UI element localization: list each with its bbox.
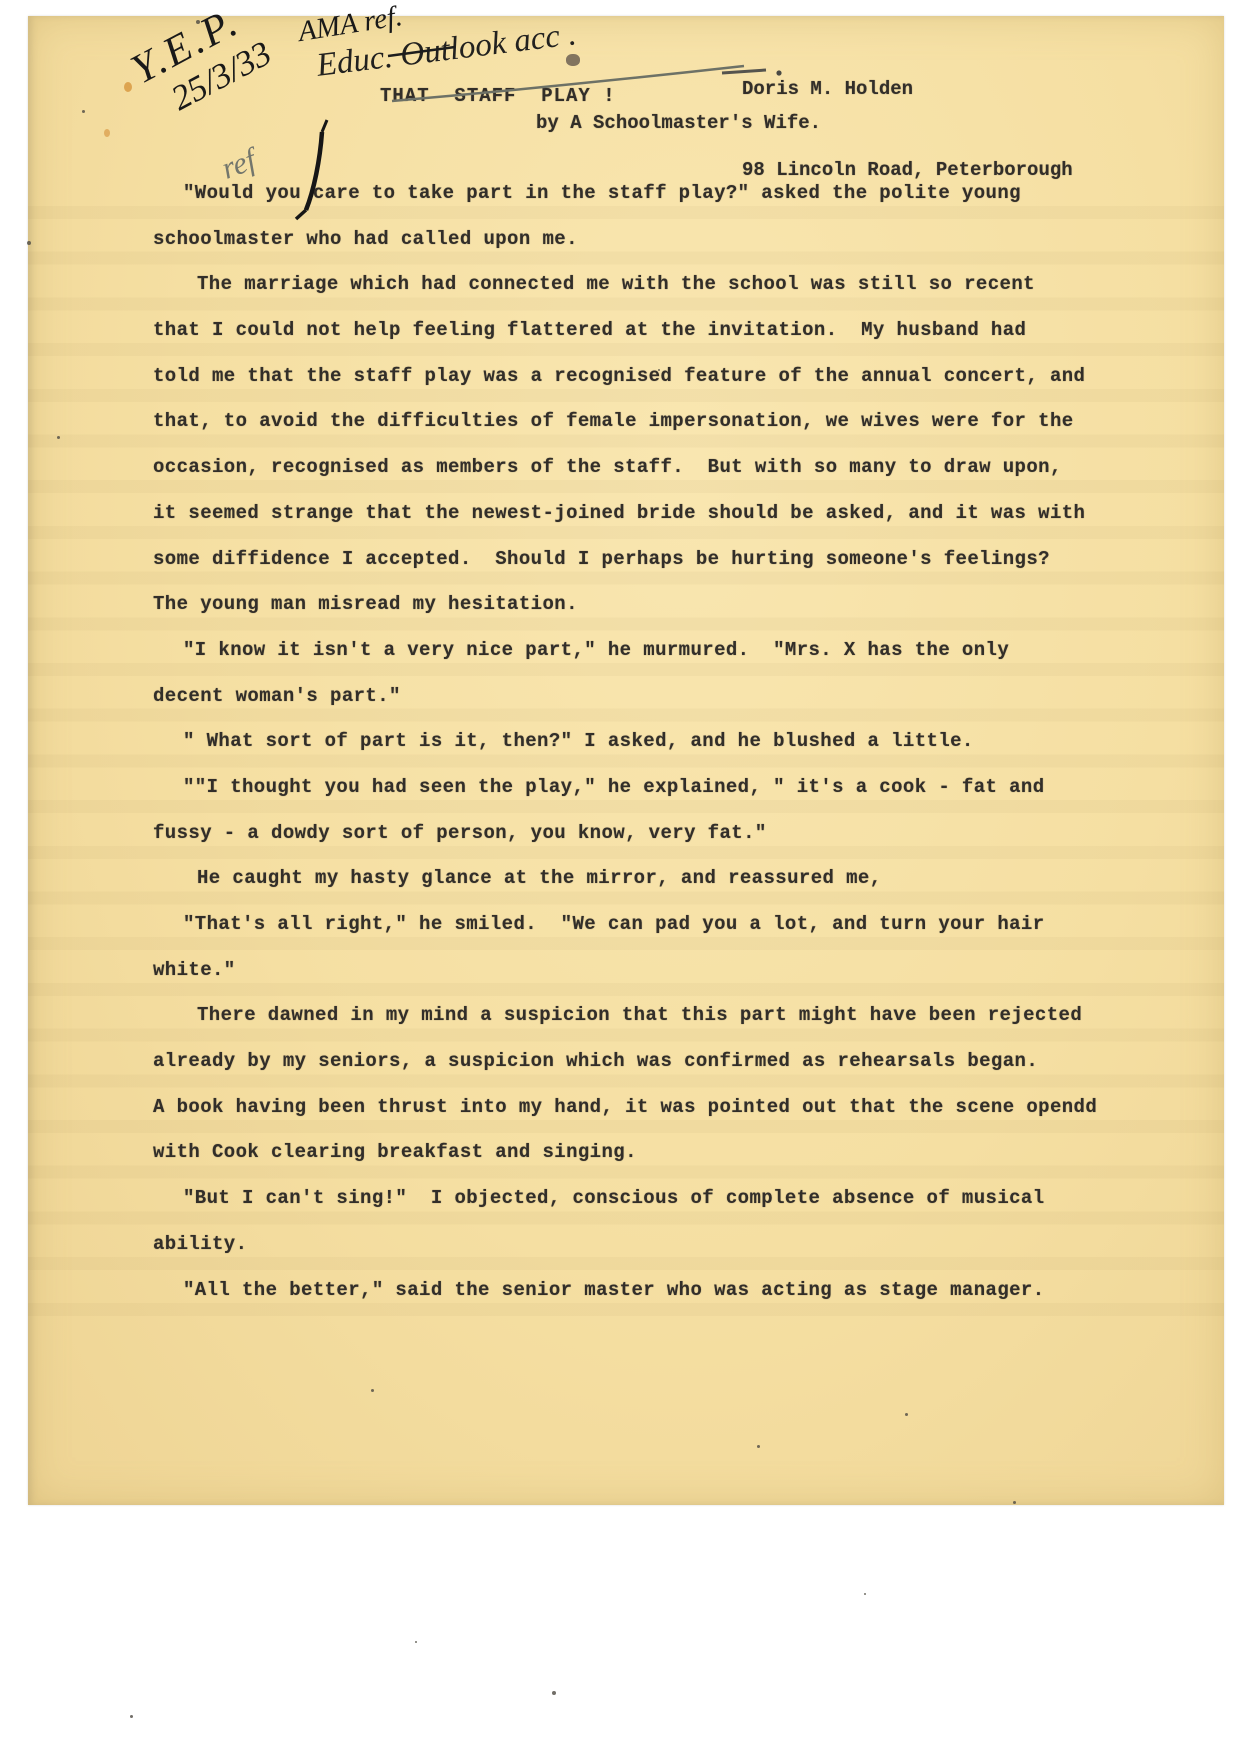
typescript-line: that I could not help feeling flattered … [153,319,1163,365]
background-speck [864,1593,866,1595]
typescript-line: The young man misread my hesitation. [153,593,1163,639]
paper-stain [104,129,110,137]
typescript-line: white." [153,959,1163,1005]
typescript-line: fussy - a dowdy sort of person, you know… [153,822,1163,868]
typescript-line: ""I thought you had seen the play," he e… [153,776,1163,822]
typescript-line: some diffidence I accepted. Should I per… [153,548,1163,594]
typescript-line: occasion, recognised as members of the s… [153,456,1163,502]
paper-stain [124,82,132,92]
background-speck [905,1413,908,1416]
background-speck [415,1641,417,1643]
typescript-line: it seemed strange that the newest-joined… [153,502,1163,548]
background-speck [371,1389,374,1392]
typescript-line: told me that the staff play was a recogn… [153,365,1163,411]
typescript-line: that, to avoid the difficulties of femal… [153,410,1163,456]
typescript-line: decent woman's part." [153,685,1163,731]
typescript-body: "Would you care to take part in the staf… [153,182,1163,1324]
background-speck [757,1445,760,1448]
background-speck [130,1715,133,1718]
typescript-line: There dawned in my mind a suspicion that… [153,1004,1163,1050]
paper-speck [57,436,60,439]
paper-speck [82,110,85,113]
scanned-typescript-page: { "colors": { "paper": "#f5dfa2", "ink":… [0,0,1240,1755]
typescript-line: "But I can't sing!" I objected, consciou… [153,1187,1163,1233]
background-speck [1013,1501,1016,1504]
background-speck [552,1691,556,1695]
author-address: 98 Lincoln Road, Peterborough [742,157,1073,184]
typescript-line: "All the better," said the senior master… [153,1279,1163,1325]
paper-speck [658,369,660,371]
typescript-line: with Cook clearing breakfast and singing… [153,1141,1163,1187]
ink-blotch [566,54,580,66]
author-name: Doris M. Holden [742,76,1073,103]
typescript-line: already by my seniors, a suspicion which… [153,1050,1163,1096]
typescript-line: "I know it isn't a very nice part," he m… [153,639,1163,685]
typescript-line: ability. [153,1233,1163,1279]
typescript-line: The marriage which had connected me with… [153,273,1163,319]
typescript-line: " What sort of part is it, then?" I aske… [153,730,1163,776]
paper-speck [27,241,31,245]
page-title: THAT STAFF PLAY ! [380,85,616,107]
typescript-line: "Would you care to take part in the staf… [153,182,1163,228]
typescript-line: A book having been thrust into my hand, … [153,1096,1163,1142]
typescript-line: schoolmaster who had called upon me. [153,228,1163,274]
byline: by A Schoolmaster's Wife. [536,112,821,134]
typescript-line: "That's all right," he smiled. "We can p… [153,913,1163,959]
paper-speck [196,20,200,24]
typescript-line: He caught my hasty glance at the mirror,… [153,867,1163,913]
